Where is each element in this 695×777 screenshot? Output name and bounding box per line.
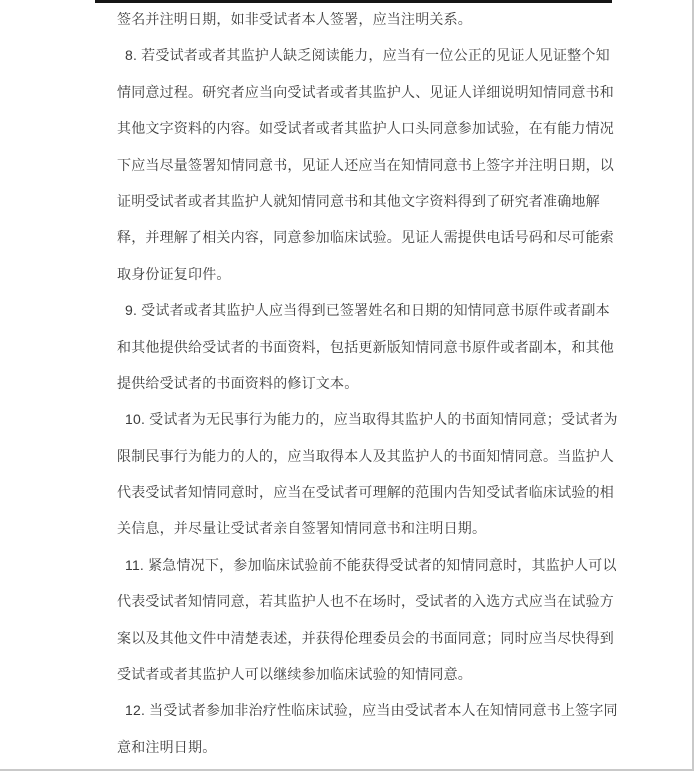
text-line: 限制民事行为能力的人的，应当取得本人及其监护人的书面知情同意。当监护人 [117,438,619,474]
text-line: 取身份证复印件。 [117,256,619,292]
document-text-block: 签名并注明日期，如非受试者本人签署，应当注明关系。8. 若受试者或者其监护人缺乏… [117,1,619,765]
text-line: 证明受试者或者其监护人就知情同意书和其他文字资料得到了研究者准确地解 [117,183,619,219]
text-line: 8. 若受试者或者其监护人缺乏阅读能力，应当有一位公正的见证人见证整个知 [117,37,619,73]
text-line: 10. 受试者为无民事行为能力的，应当取得其监护人的书面知情同意；受试者为 [117,401,619,437]
text-line: 关信息，并尽量让受试者亲自签署知情同意书和注明日期。 [117,510,619,546]
text-line: 受试者或者其监护人可以继续参加临床试验的知情同意。 [117,656,619,692]
text-line: 释，并理解了相关内容，同意参加临床试验。见证人需提供电话号码和尽可能索 [117,219,619,255]
text-line: 代表受试者知情同意，若其监护人也不在场时，受试者的入选方式应当在试验方 [117,583,619,619]
text-line: 情同意过程。研究者应当向受试者或者其监护人、见证人详细说明知情同意书和 [117,74,619,110]
text-line: 9. 受试者或者其监护人应当得到已签署姓名和日期的知情同意书原件或者副本 [117,292,619,328]
text-line: 其他文字资料的内容。如受试者或者其监护人口头同意参加试验，在有能力情况 [117,110,619,146]
text-line: 意和注明日期。 [117,729,619,765]
text-line: 11. 紧急情况下，参加临床试验前不能获得受试者的知情同意时，其监护人可以 [117,547,619,583]
document-viewport: 签名并注明日期，如非受试者本人签署，应当注明关系。8. 若受试者或者其监护人缺乏… [0,0,695,777]
text-line: 案以及其他文件中清楚表述，并获得伦理委员会的书面同意；同时应当尽快得到 [117,620,619,656]
text-line: 和其他提供给受试者的书面资料，包括更新版知情同意书原件或者副本，和其他 [117,329,619,365]
text-line: 下应当尽量签署知情同意书，见证人还应当在知情同意书上签字并注明日期，以 [117,147,619,183]
text-line: 12. 当受试者参加非治疗性临床试验，应当由受试者本人在知情同意书上签字同 [117,692,619,728]
document-page: 签名并注明日期，如非受试者本人签署，应当注明关系。8. 若受试者或者其监护人缺乏… [0,0,694,771]
text-line: 代表受试者知情同意时，应当在受试者可理解的范围内告知受试者临床试验的相 [117,474,619,510]
text-line: 提供给受试者的书面资料的修订文本。 [117,365,619,401]
text-line: 签名并注明日期，如非受试者本人签署，应当注明关系。 [117,1,619,37]
